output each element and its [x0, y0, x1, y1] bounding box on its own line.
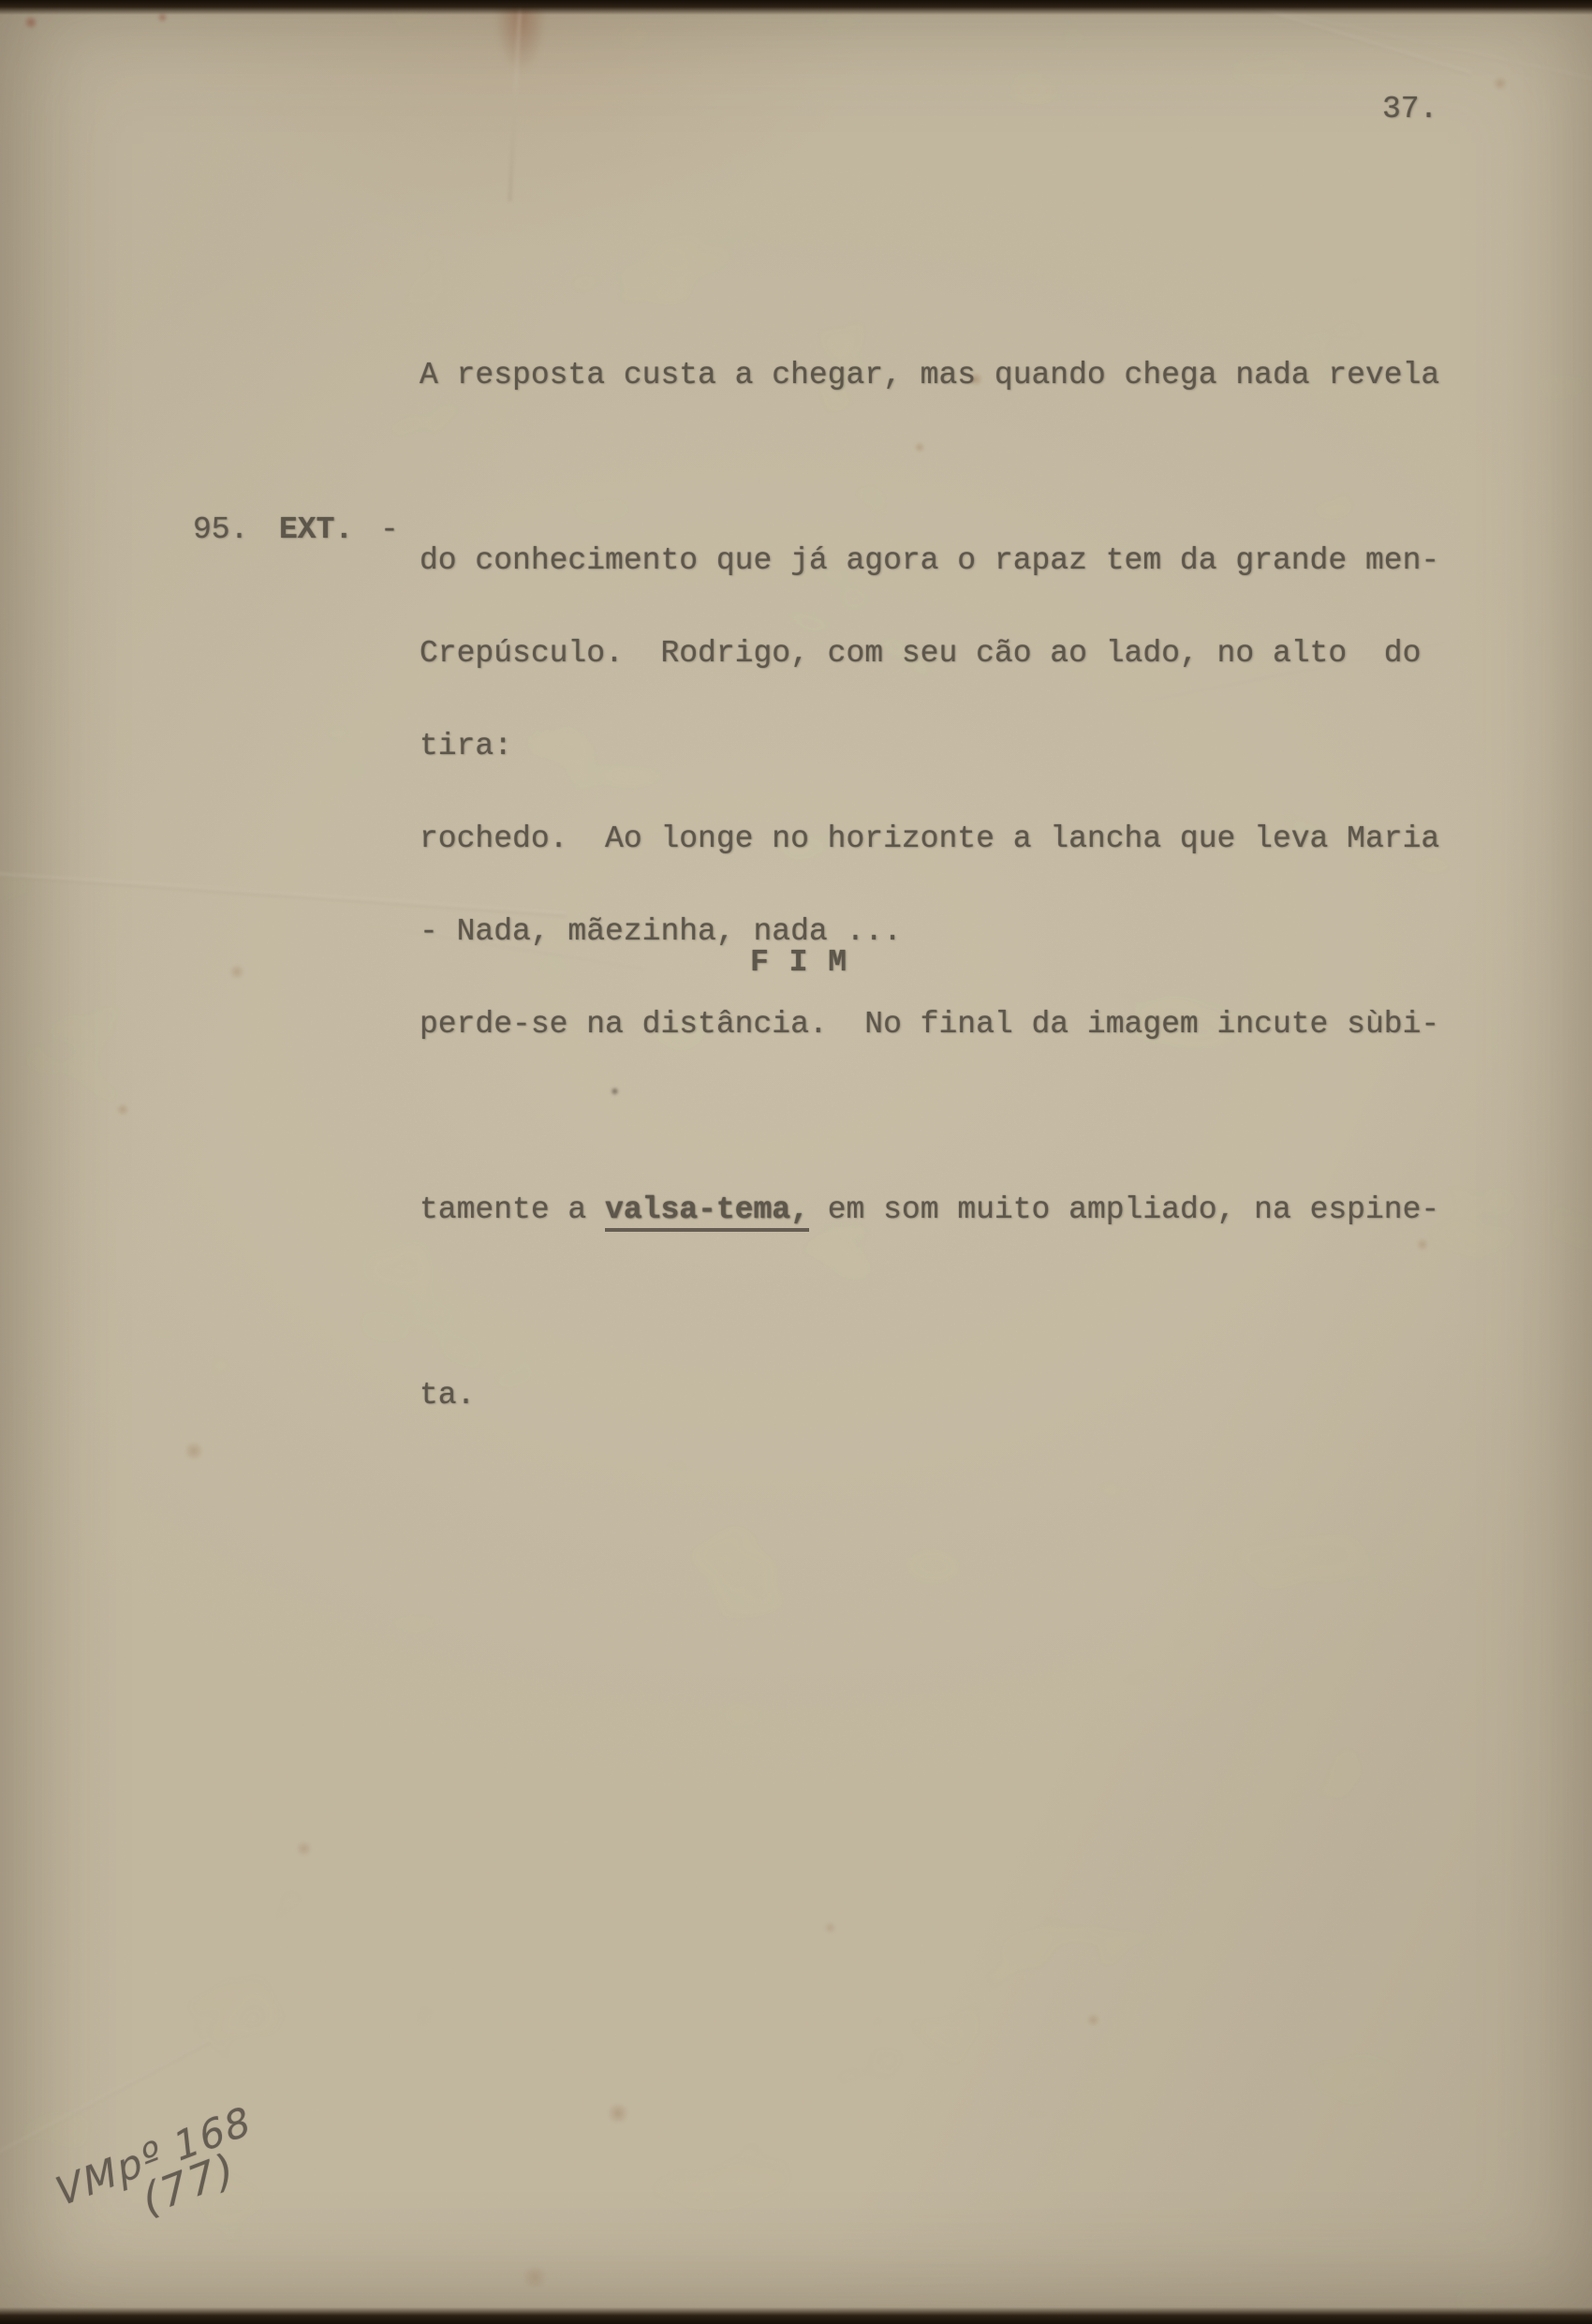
fox-spot-8 [521, 2267, 549, 2287]
scene-line-4-post: em som muito ampliado, na espine- [809, 1192, 1439, 1227]
scene-line-3: perde-se na distância. No final da image… [420, 994, 1439, 1056]
scene-number: 95. [193, 499, 248, 561]
valsa-tema-underlined: valsa-tema, [605, 1192, 809, 1232]
paragraph-line-1: A resposta custa a chegar, mas quando ch… [420, 345, 1439, 407]
scene-line-2: rochedo. Ao longe no horizonte a lancha … [420, 808, 1439, 870]
scene-description: Crepúsculo. Rodrigo, com seu cão ao lado… [420, 499, 1439, 1550]
fox-spot-12 [824, 1922, 836, 1933]
scene-line-5: ta. [420, 1365, 1439, 1427]
scene-line-4: tamente a valsa-tema, em som muito ampli… [420, 1179, 1439, 1241]
fox-spot-6 [296, 1842, 312, 1856]
scene-line-4-pre: tamente a [420, 1192, 605, 1227]
red-speck-top-left-1 [24, 15, 37, 30]
archival-pencil-annotation: VMpº 168 (77) [51, 2097, 269, 2254]
scene-dash: - [380, 499, 399, 561]
fim-end-marker: F I M [750, 932, 848, 994]
fox-spot-3 [228, 965, 245, 979]
scanned-typescript-page: 37. A resposta custa a chegar, mas quand… [0, 0, 1592, 2324]
scene-slug-ext: EXT. [279, 499, 353, 561]
fox-spot-4 [116, 1103, 129, 1116]
scene-line-1: Crepúsculo. Rodrigo, com seu cão ao lado… [420, 623, 1439, 685]
scan-edge-bottom [0, 2307, 1592, 2324]
fox-spot-7 [607, 2104, 629, 2123]
page-number: 37. [1382, 79, 1437, 141]
scan-edge-top [0, 0, 1592, 15]
fox-spot-11 [1493, 77, 1508, 90]
fox-spot-9 [1086, 2014, 1100, 2026]
fox-spot-5 [184, 1443, 204, 1459]
